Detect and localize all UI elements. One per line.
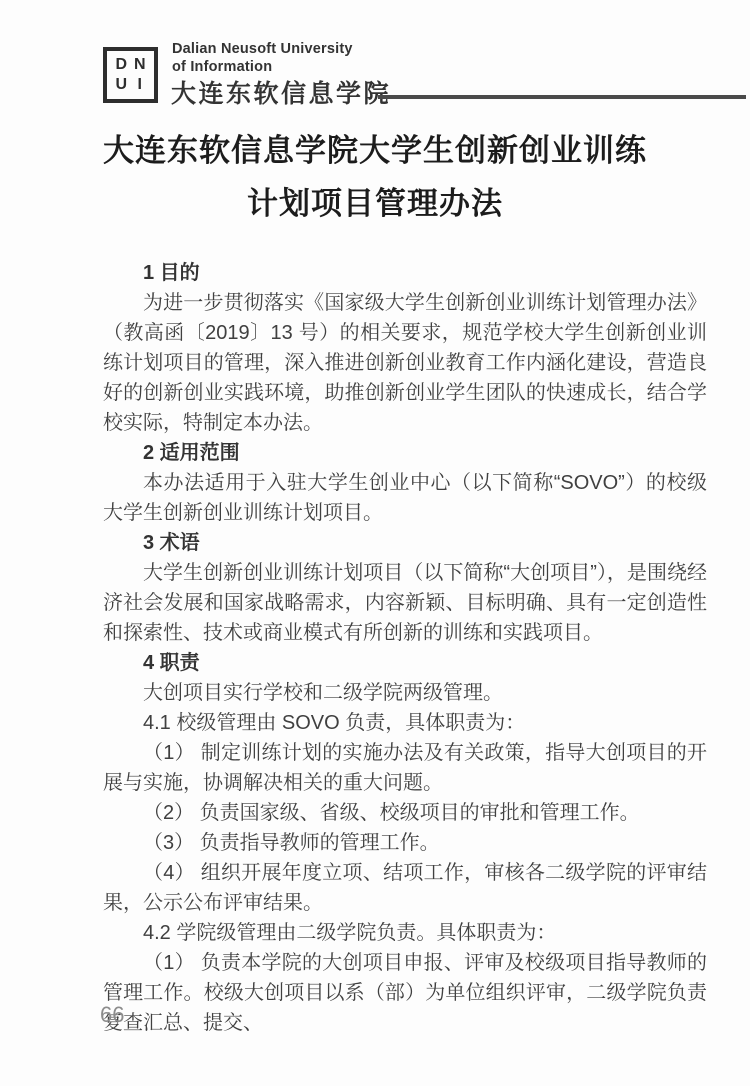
paragraph: （1） 负责本学院的大创项目申报、评审及校级项目指导教师的管理工作。校级大创项目… bbox=[103, 948, 707, 1038]
page-number: 66 bbox=[100, 1002, 124, 1028]
logo-letter-i: I bbox=[138, 77, 142, 93]
paragraph: 本办法适用于入驻大学生创业中心（以下简称“SOVO”）的校级大学生创新创业训练计… bbox=[103, 468, 707, 528]
paragraph: 大创项目实行学校和二级学院两级管理。 bbox=[103, 678, 707, 708]
section-heading-terms: 3 术语 bbox=[103, 528, 707, 558]
university-name-english-line1: Dalian Neusoft University bbox=[172, 41, 353, 59]
logo-letter-n: N bbox=[134, 57, 146, 73]
document-title-line1: 大连东软信息学院大学生创新创业训练 bbox=[103, 133, 647, 168]
section-heading-duties: 4 职责 bbox=[103, 648, 707, 678]
university-name-chinese: 大连东软信息学院 bbox=[171, 74, 391, 110]
section-heading-purpose: 1 目的 bbox=[103, 258, 707, 288]
paragraph: 4.1 校级管理由 SOVO 负责，具体职责为： bbox=[103, 708, 707, 738]
university-name-english: Dalian Neusoft University of Information bbox=[172, 41, 353, 76]
paragraph: 4.2 学院级管理由二级学院负责。具体职责为： bbox=[103, 918, 707, 948]
document-title: 大连东软信息学院大学生创新创业训练 计划项目管理办法 bbox=[0, 124, 750, 230]
dnui-logo: D N U I bbox=[103, 47, 158, 103]
document-body: 1 目的 为进一步贯彻落实《国家级大学生创新创业训练计划管理办法》（教高函〔20… bbox=[103, 258, 707, 1038]
paragraph: （3） 负责指导教师的管理工作。 bbox=[103, 828, 707, 858]
paragraph: （1） 制定训练计划的实施办法及有关政策，指导大创项目的开展与实施，协调解决相关… bbox=[103, 738, 707, 798]
logo-letter-u: U bbox=[115, 77, 127, 93]
paragraph: 大学生创新创业训练计划项目（以下简称“大创项目”），是围绕经济社会发展和国家战略… bbox=[103, 558, 707, 648]
paragraph: （2） 负责国家级、省级、校级项目的审批和管理工作。 bbox=[103, 798, 707, 828]
document-page: D N U I Dalian Neusoft University of Inf… bbox=[0, 0, 750, 1086]
section-heading-scope: 2 适用范围 bbox=[103, 438, 707, 468]
paragraph: 为进一步贯彻落实《国家级大学生创新创业训练计划管理办法》（教高函〔2019〕13… bbox=[103, 288, 707, 438]
document-title-line2: 计划项目管理办法 bbox=[247, 186, 503, 221]
letterhead-rule bbox=[378, 95, 746, 99]
logo-letter-d: D bbox=[115, 57, 127, 73]
paragraph: （4） 组织开展年度立项、结项工作，审核各二级学院的评审结果，公示公布评审结果。 bbox=[103, 858, 707, 918]
